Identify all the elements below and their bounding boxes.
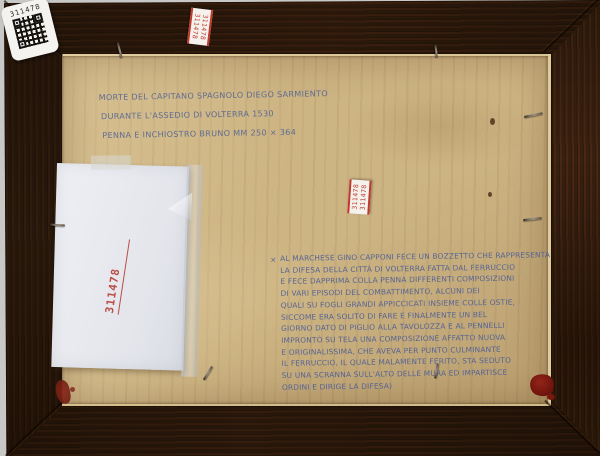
qr-code-icon: [12, 13, 48, 49]
wood-knot: [490, 118, 495, 125]
tape-strip: [91, 155, 131, 169]
photo-of-framed-artwork-back: MORTE DEL CAPITANO SPAGNOLO DIEGO SARMIE…: [0, 0, 600, 456]
plastic-sleeve-fold: [167, 192, 192, 221]
red-number-sticker-top: 311478 311478: [187, 8, 213, 46]
attached-paper-in-sleeve: 311478: [51, 163, 189, 371]
inscription-line: PENNA E INCHIOSTRO BRUNO MM 250 × 364: [99, 122, 349, 145]
red-wax-stain: [70, 387, 75, 392]
qr-position-square: [18, 39, 28, 49]
handwritten-annotation-paragraph: × AL MARCHESE GINO CAPPONI FECE UN BOZZE…: [280, 249, 558, 393]
red-wax-stain: [547, 394, 555, 400]
frame-rail-bottom: [6, 402, 600, 456]
frame-rail-top: [4, 0, 600, 57]
red-sticker-row: 311478: [358, 180, 368, 214]
qr-position-square: [34, 13, 44, 23]
wood-knot: [488, 192, 492, 197]
qr-position-square: [12, 18, 22, 28]
annotation-marker: ×: [270, 254, 277, 266]
red-stamp-number: 311478: [103, 237, 130, 315]
frame-rail-right: [552, 0, 600, 456]
handwritten-title-inscription: MORTE DEL CAPITANO SPAGNOLO DIEGO SARMIE…: [99, 84, 350, 145]
red-number-sticker-middle: 311478 311478: [347, 179, 371, 214]
